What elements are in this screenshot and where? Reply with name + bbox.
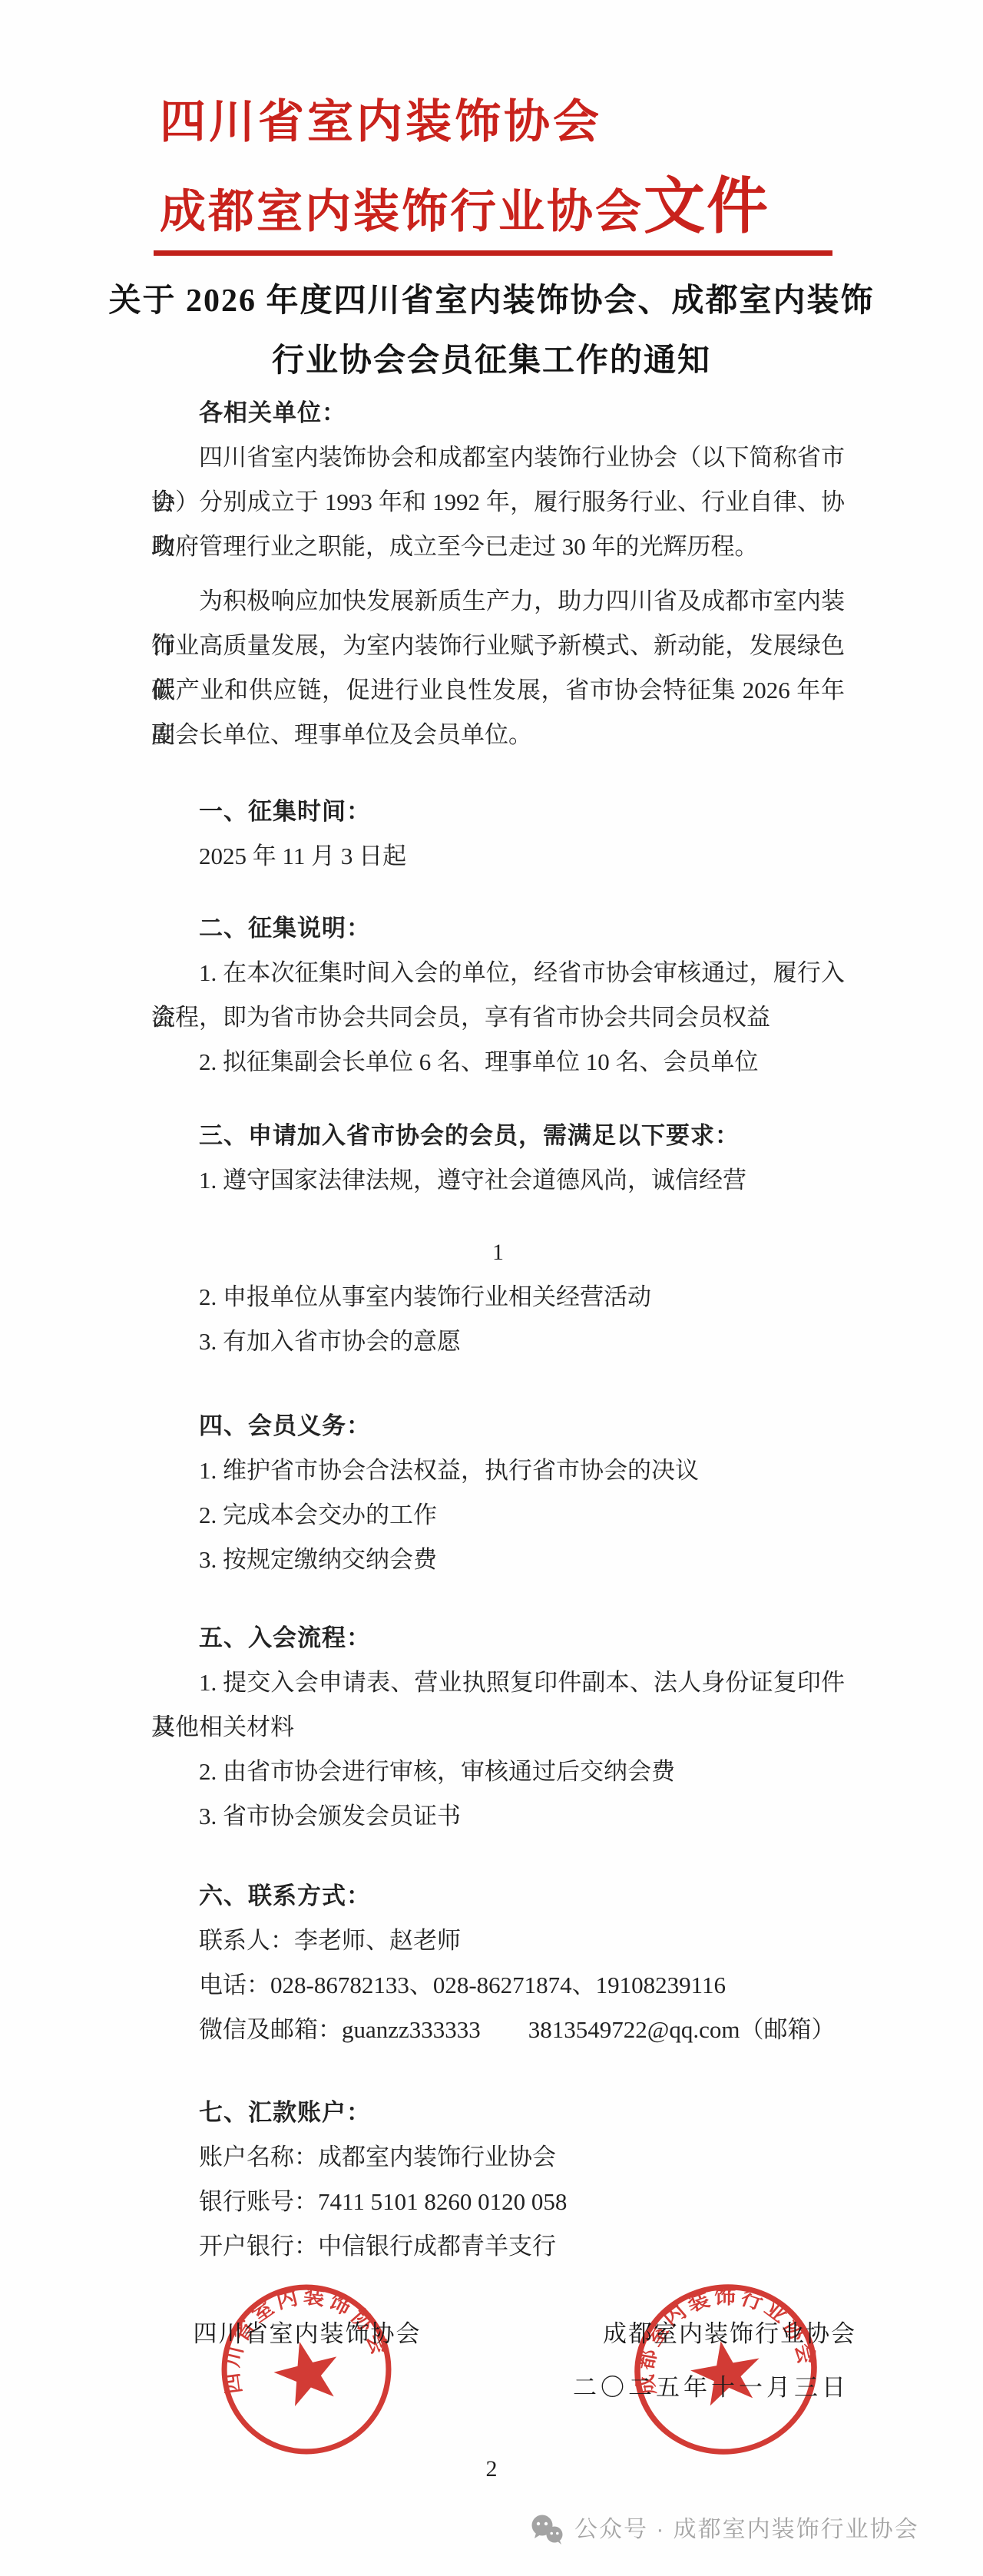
body-line: 副会长单位、理事单位及会员单位。 bbox=[151, 713, 845, 757]
salutation: 各相关单位： bbox=[151, 391, 845, 435]
body-line: 2. 完成本会交办的工作 bbox=[151, 1493, 845, 1538]
body-line: 流程，即为省市协会共同会员，享有省市协会共同会员权益 bbox=[151, 995, 845, 1040]
section-heading-7: 七、汇款账户： bbox=[151, 2091, 845, 2135]
letterhead: 四川省室内装饰协会 成都室内装饰行业协会文件 bbox=[154, 98, 832, 256]
body-line: 碳产业和供应链，促进行业良性发展，省市协会特征集 2026 年年度 bbox=[151, 668, 845, 713]
account-name-line: 账户名称：成都室内装饰行业协会 bbox=[151, 2135, 845, 2180]
body-line: 2. 申报单位从事室内装饰行业相关经营活动 bbox=[151, 1275, 845, 1319]
page-number-1: 1 bbox=[151, 1230, 845, 1275]
section-heading-3: 三、申请加入省市协会的会员，需满足以下要求： bbox=[151, 1114, 845, 1158]
body-line: 四川省室内装饰协会和成都室内装饰行业协会（以下简称省市协 bbox=[151, 435, 845, 480]
official-seal-right-icon: 成都室内装饰行业协会 bbox=[616, 2265, 836, 2474]
doc-title: 关于 2026 年度四川省室内装饰协会、成都室内装饰 行业协会会员征集工作的通知 bbox=[0, 271, 983, 391]
letterhead-org-2: 成都室内装饰行业协会文件 bbox=[154, 177, 832, 238]
letterhead-org-1: 四川省室内装饰协会 bbox=[154, 98, 832, 146]
section-heading-4: 四、会员义务： bbox=[151, 1404, 845, 1449]
letterhead-org-2-name: 成都室内装饰行业协会 bbox=[160, 187, 644, 237]
org-signature-right: 成都室内装饰行业协会 bbox=[576, 2319, 883, 2349]
doc-title-line-1: 关于 2026 年度四川省室内装饰协会、成都室内装饰 bbox=[0, 271, 983, 331]
phone-line: 电话：028-86782133、028-86271874、19108239116 bbox=[151, 1963, 845, 2008]
section-heading-1: 一、征集时间： bbox=[151, 790, 845, 834]
section-heading-2: 二、征集说明： bbox=[151, 906, 845, 951]
watermark-text: 公众号 · 成都室内装饰行业协会 bbox=[574, 2512, 919, 2548]
body-line: 1. 遵守国家法律法规，遵守社会道德风尚，诚信经营 bbox=[151, 1158, 845, 1203]
body-line: 1. 提交入会申请表、营业执照复印件副本、法人身份证复印件及 bbox=[151, 1660, 845, 1705]
letterhead-doc-suffix: 文件 bbox=[644, 174, 770, 241]
wechat-email-line: 微信及邮箱：guanzz333333 3813549722@qq.com（邮箱） bbox=[151, 2008, 845, 2052]
official-seal-left-icon: 四川省室内装饰协会 bbox=[198, 2261, 414, 2477]
body-line: 政府管理行业之职能，成立至今已走过 30 年的光辉历程。 bbox=[151, 525, 845, 569]
account-number-line: 银行账号：7411 5101 8260 0120 058 bbox=[151, 2180, 845, 2224]
contact-person-line: 联系人：李老师、赵老师 bbox=[151, 1919, 845, 1963]
body-line: 3. 省市协会颁发会员证书 bbox=[151, 1794, 845, 1839]
section-heading-5: 五、入会流程： bbox=[151, 1616, 845, 1660]
doc-title-line-2: 行业协会会员征集工作的通知 bbox=[0, 331, 983, 391]
issue-date: 二〇二五年十一月三日 bbox=[558, 2372, 865, 2403]
body-line: 会）分别成立于 1993 年和 1992 年，履行服务行业、行业自律、协助 bbox=[151, 480, 845, 525]
document-page: 四川省室内装饰协会 成都室内装饰行业协会文件 关于 2026 年度四川省室内装饰… bbox=[0, 0, 983, 2576]
body-line: 为积极响应加快发展新质生产力，助力四川省及成都市室内装饰 bbox=[151, 579, 845, 624]
seal-area: 四川省室内装饰协会 成都室内装饰行业协会 四川省室内装饰协会 成都室内装饰行业协… bbox=[0, 2280, 983, 2457]
wechat-icon bbox=[530, 2514, 565, 2546]
letterhead-red-rule bbox=[154, 250, 832, 256]
section-heading-6: 六、联系方式： bbox=[151, 1874, 845, 1919]
footer-watermark: 公众号 · 成都室内装饰行业协会 bbox=[530, 2512, 983, 2548]
body-line: 1. 在本次征集时间入会的单位，经省市协会审核通过，履行入会 bbox=[151, 951, 845, 995]
org-signature-left: 四川省室内装饰协会 bbox=[154, 2319, 461, 2349]
doc-body: 各相关单位： 四川省室内装饰协会和成都室内装饰行业协会（以下简称省市协 会）分别… bbox=[151, 391, 845, 2269]
body-line: 3. 按规定缴纳交纳会费 bbox=[151, 1538, 845, 1582]
bank-line: 开户银行：中信银行成都青羊支行 bbox=[151, 2224, 845, 2269]
body-line: 2. 由省市协会进行审核，审核通过后交纳会费 bbox=[151, 1750, 845, 1794]
body-line: 3. 有加入省市协会的意愿 bbox=[151, 1319, 845, 1364]
body-line: 2. 拟征集副会长单位 6 名、理事单位 10 名、会员单位 bbox=[151, 1040, 845, 1084]
body-line: 2025 年 11 月 3 日起 bbox=[151, 834, 845, 879]
body-line: 1. 维护省市协会合法权益，执行省市协会的决议 bbox=[151, 1449, 845, 1493]
body-line: 行业高质量发展，为室内装饰行业赋予新模式、新动能，发展绿色低 bbox=[151, 624, 845, 668]
body-line: 其他相关材料 bbox=[151, 1705, 845, 1750]
